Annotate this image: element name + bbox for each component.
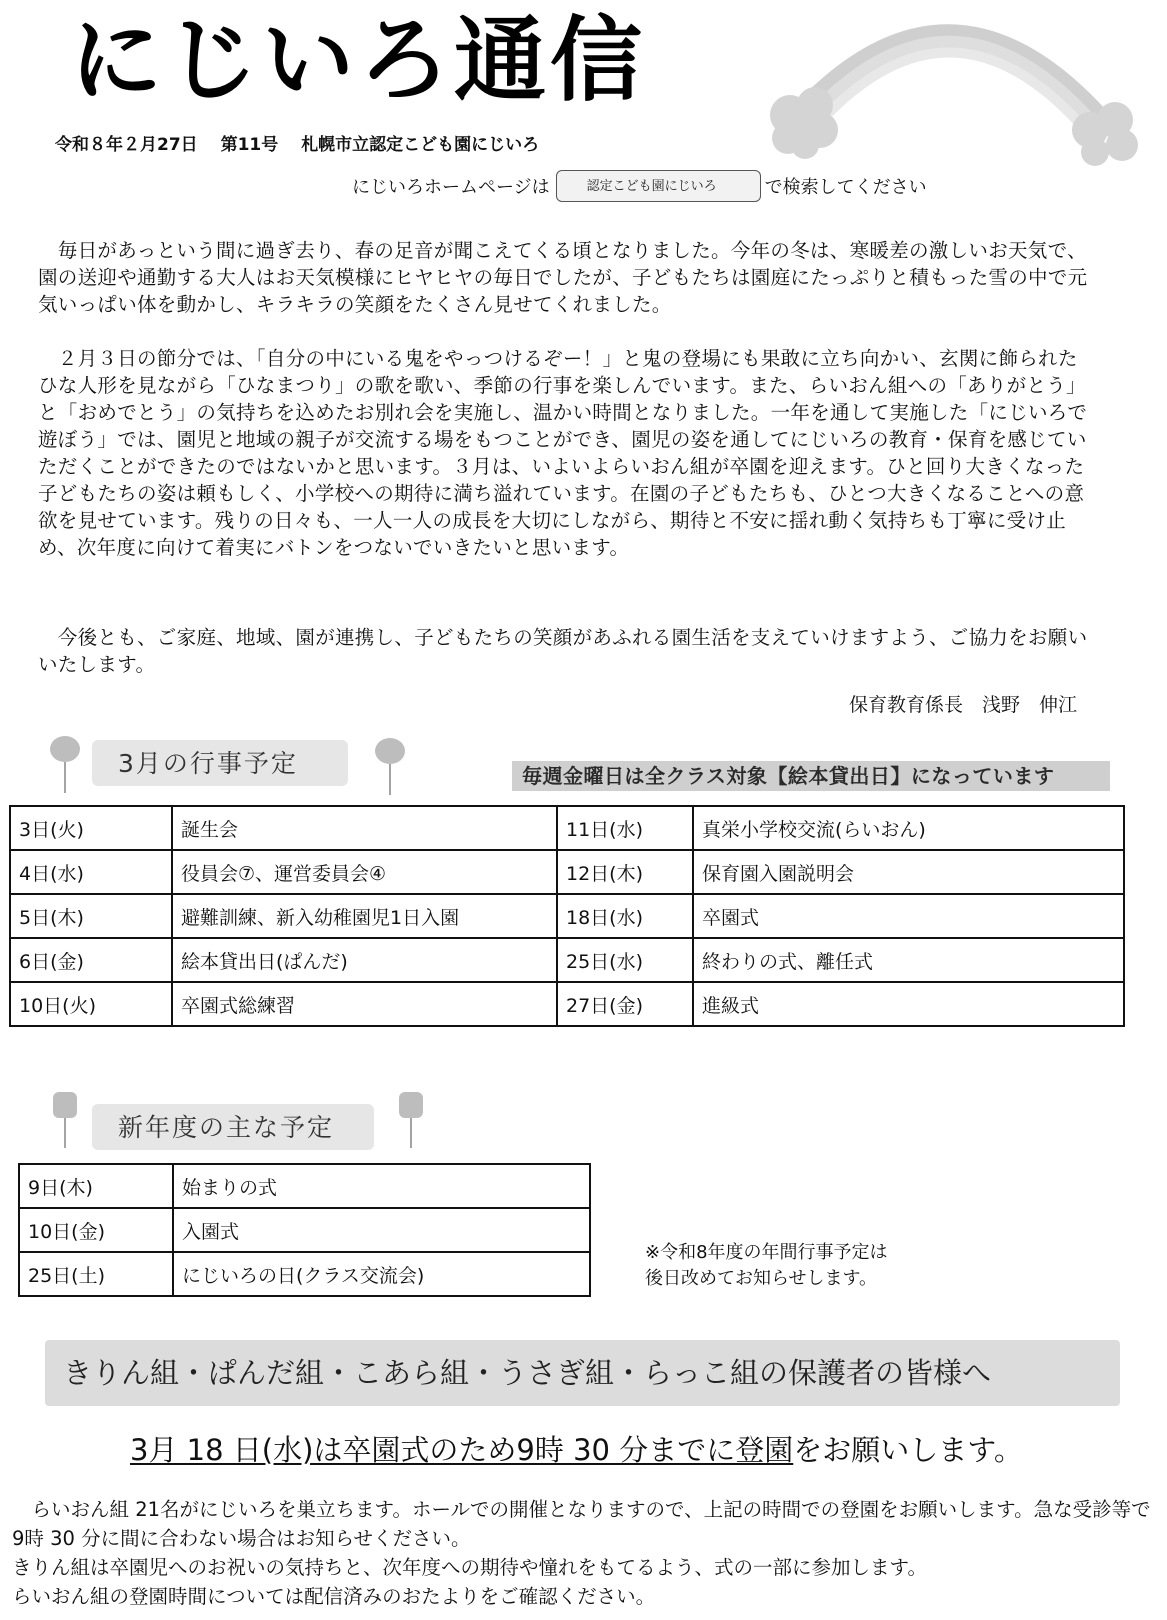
table-row: 4日(水) 役員会⑦、運営委員会④ 12日(木) 保育園入園説明会 bbox=[10, 850, 1124, 894]
table-row: 10日(金) 入園式 bbox=[19, 1208, 590, 1252]
table-row: 25日(土) にじいろの日(クラス交流会) bbox=[19, 1252, 590, 1296]
issue-date: 令和８年２月27日 bbox=[55, 135, 198, 155]
annual-schedule-note: ※令和8年度の年間行事予定は 後日改めてお知らせします。 bbox=[645, 1240, 888, 1292]
homepage-line: にじいろホームページは 認定こども園にじいろ で検索してください bbox=[352, 170, 927, 202]
rainbow-illustration-icon bbox=[760, 0, 1150, 170]
date-cell: 25日(土) bbox=[19, 1252, 173, 1296]
balloon-icon bbox=[373, 737, 407, 795]
event-cell: 誕生会 bbox=[172, 806, 557, 850]
graduation-headline: 3月 18 日(水)は卒園式のため9時 30 分までに登園をお願いします。 bbox=[130, 1428, 1023, 1469]
event-cell: 卒園式総練習 bbox=[172, 982, 557, 1026]
weekly-picture-book-notice: 毎週金曜日は全クラス対象【絵本貸出日】になっています bbox=[512, 761, 1110, 791]
homepage-prefix: にじいろホームページは bbox=[352, 173, 550, 199]
event-cell: 始まりの式 bbox=[173, 1164, 590, 1208]
event-cell: 終わりの式、離任式 bbox=[693, 938, 1124, 982]
event-cell: 絵本貸出日(ぱんだ) bbox=[172, 938, 557, 982]
graduation-headline-underlined: 3月 18 日(水)は卒園式のため9時 30 分までに登園 bbox=[130, 1433, 793, 1467]
intro-paragraph-1: 毎日があっという間に過ぎ去り、春の足音が聞こえてくる頃となりました。今年の冬は、… bbox=[38, 237, 1088, 318]
parents-notice-band: きりん組・ぱんだ組・こあら組・うさぎ組・らっこ組の保護者の皆様へ bbox=[45, 1340, 1120, 1406]
balloon-icon bbox=[48, 735, 82, 793]
search-box: 認定こども園にじいろ bbox=[556, 170, 761, 202]
event-cell: にじいろの日(クラス交流会) bbox=[173, 1252, 590, 1296]
event-cell: 真栄小学校交流(らいおん) bbox=[693, 806, 1124, 850]
table-row: 9日(木) 始まりの式 bbox=[19, 1164, 590, 1208]
new-year-schedule-table: 9日(木) 始まりの式 10日(金) 入園式 25日(土) にじいろの日(クラス… bbox=[18, 1163, 591, 1297]
detail-line: らいおん組の登園時間については配信済みのおたよりをご確認ください。 bbox=[12, 1582, 1157, 1611]
table-row: 3日(火) 誕生会 11日(水) 真栄小学校交流(らいおん) bbox=[10, 806, 1124, 850]
date-cell: 10日(火) bbox=[10, 982, 172, 1026]
table-row: 10日(火) 卒園式総練習 27日(金) 進級式 bbox=[10, 982, 1124, 1026]
balloon-icon bbox=[48, 1090, 82, 1148]
event-cell: 進級式 bbox=[693, 982, 1124, 1026]
date-cell: 4日(水) bbox=[10, 850, 172, 894]
section-heading-new-year: 新年度の主な予定 bbox=[92, 1104, 374, 1150]
event-cell: 入園式 bbox=[173, 1208, 590, 1252]
graduation-headline-rest: をお願いします。 bbox=[793, 1433, 1023, 1467]
newsletter-title: にじいろ通信 bbox=[70, 6, 646, 116]
section-heading-march: 3月の行事予定 bbox=[92, 740, 348, 786]
issue-info: 令和８年２月27日 第11号 札幌市立認定こども園にじいろ bbox=[55, 130, 539, 155]
date-cell: 12日(木) bbox=[557, 850, 693, 894]
event-cell: 卒園式 bbox=[693, 894, 1124, 938]
march-schedule-table: 3日(火) 誕生会 11日(水) 真栄小学校交流(らいおん) 4日(水) 役員会… bbox=[9, 805, 1125, 1027]
event-cell: 保育園入園説明会 bbox=[693, 850, 1124, 894]
event-cell: 役員会⑦、運営委員会④ bbox=[172, 850, 557, 894]
issue-number: 第11号 bbox=[221, 135, 279, 155]
table-row: 5日(木) 避難訓練、新入幼稚園児1日入園 18日(水) 卒園式 bbox=[10, 894, 1124, 938]
table-row: 6日(金) 絵本貸出日(ぱんだ) 25日(水) 終わりの式、離任式 bbox=[10, 938, 1124, 982]
date-cell: 6日(金) bbox=[10, 938, 172, 982]
balloon-icon bbox=[394, 1090, 428, 1148]
date-cell: 5日(木) bbox=[10, 894, 172, 938]
date-cell: 3日(火) bbox=[10, 806, 172, 850]
date-cell: 18日(水) bbox=[557, 894, 693, 938]
organization-name: 札幌市立認定こども園にじいろ bbox=[301, 135, 539, 155]
date-cell: 9日(木) bbox=[19, 1164, 173, 1208]
intro-paragraph-2: ２月３日の節分では、「自分の中にいる鬼をやっつけるぞー！」と鬼の登場にも果敢に立… bbox=[38, 345, 1088, 561]
detail-line: らいおん組 21名がにじいろを巣立ちます。ホールでの開催となりますので、上記の時… bbox=[12, 1495, 1157, 1553]
signature: 保育教育係長 浅野 伸江 bbox=[849, 690, 1077, 717]
date-cell: 25日(水) bbox=[557, 938, 693, 982]
event-cell: 避難訓練、新入幼稚園児1日入園 bbox=[172, 894, 557, 938]
detail-line: きりん組は卒園児へのお祝いの気持ちと、次年度への期待や憧れをもてるよう、式の一部… bbox=[12, 1553, 1157, 1582]
graduation-details: らいおん組 21名がにじいろを巣立ちます。ホールでの開催となりますので、上記の時… bbox=[12, 1495, 1157, 1611]
intro-paragraph-3: 今後とも、ご家庭、地域、園が連携し、子どもたちの笑顔があふれる園生活を支えていけ… bbox=[38, 624, 1088, 678]
date-cell: 27日(金) bbox=[557, 982, 693, 1026]
date-cell: 10日(金) bbox=[19, 1208, 173, 1252]
date-cell: 11日(水) bbox=[557, 806, 693, 850]
homepage-suffix: で検索してください bbox=[765, 173, 927, 199]
